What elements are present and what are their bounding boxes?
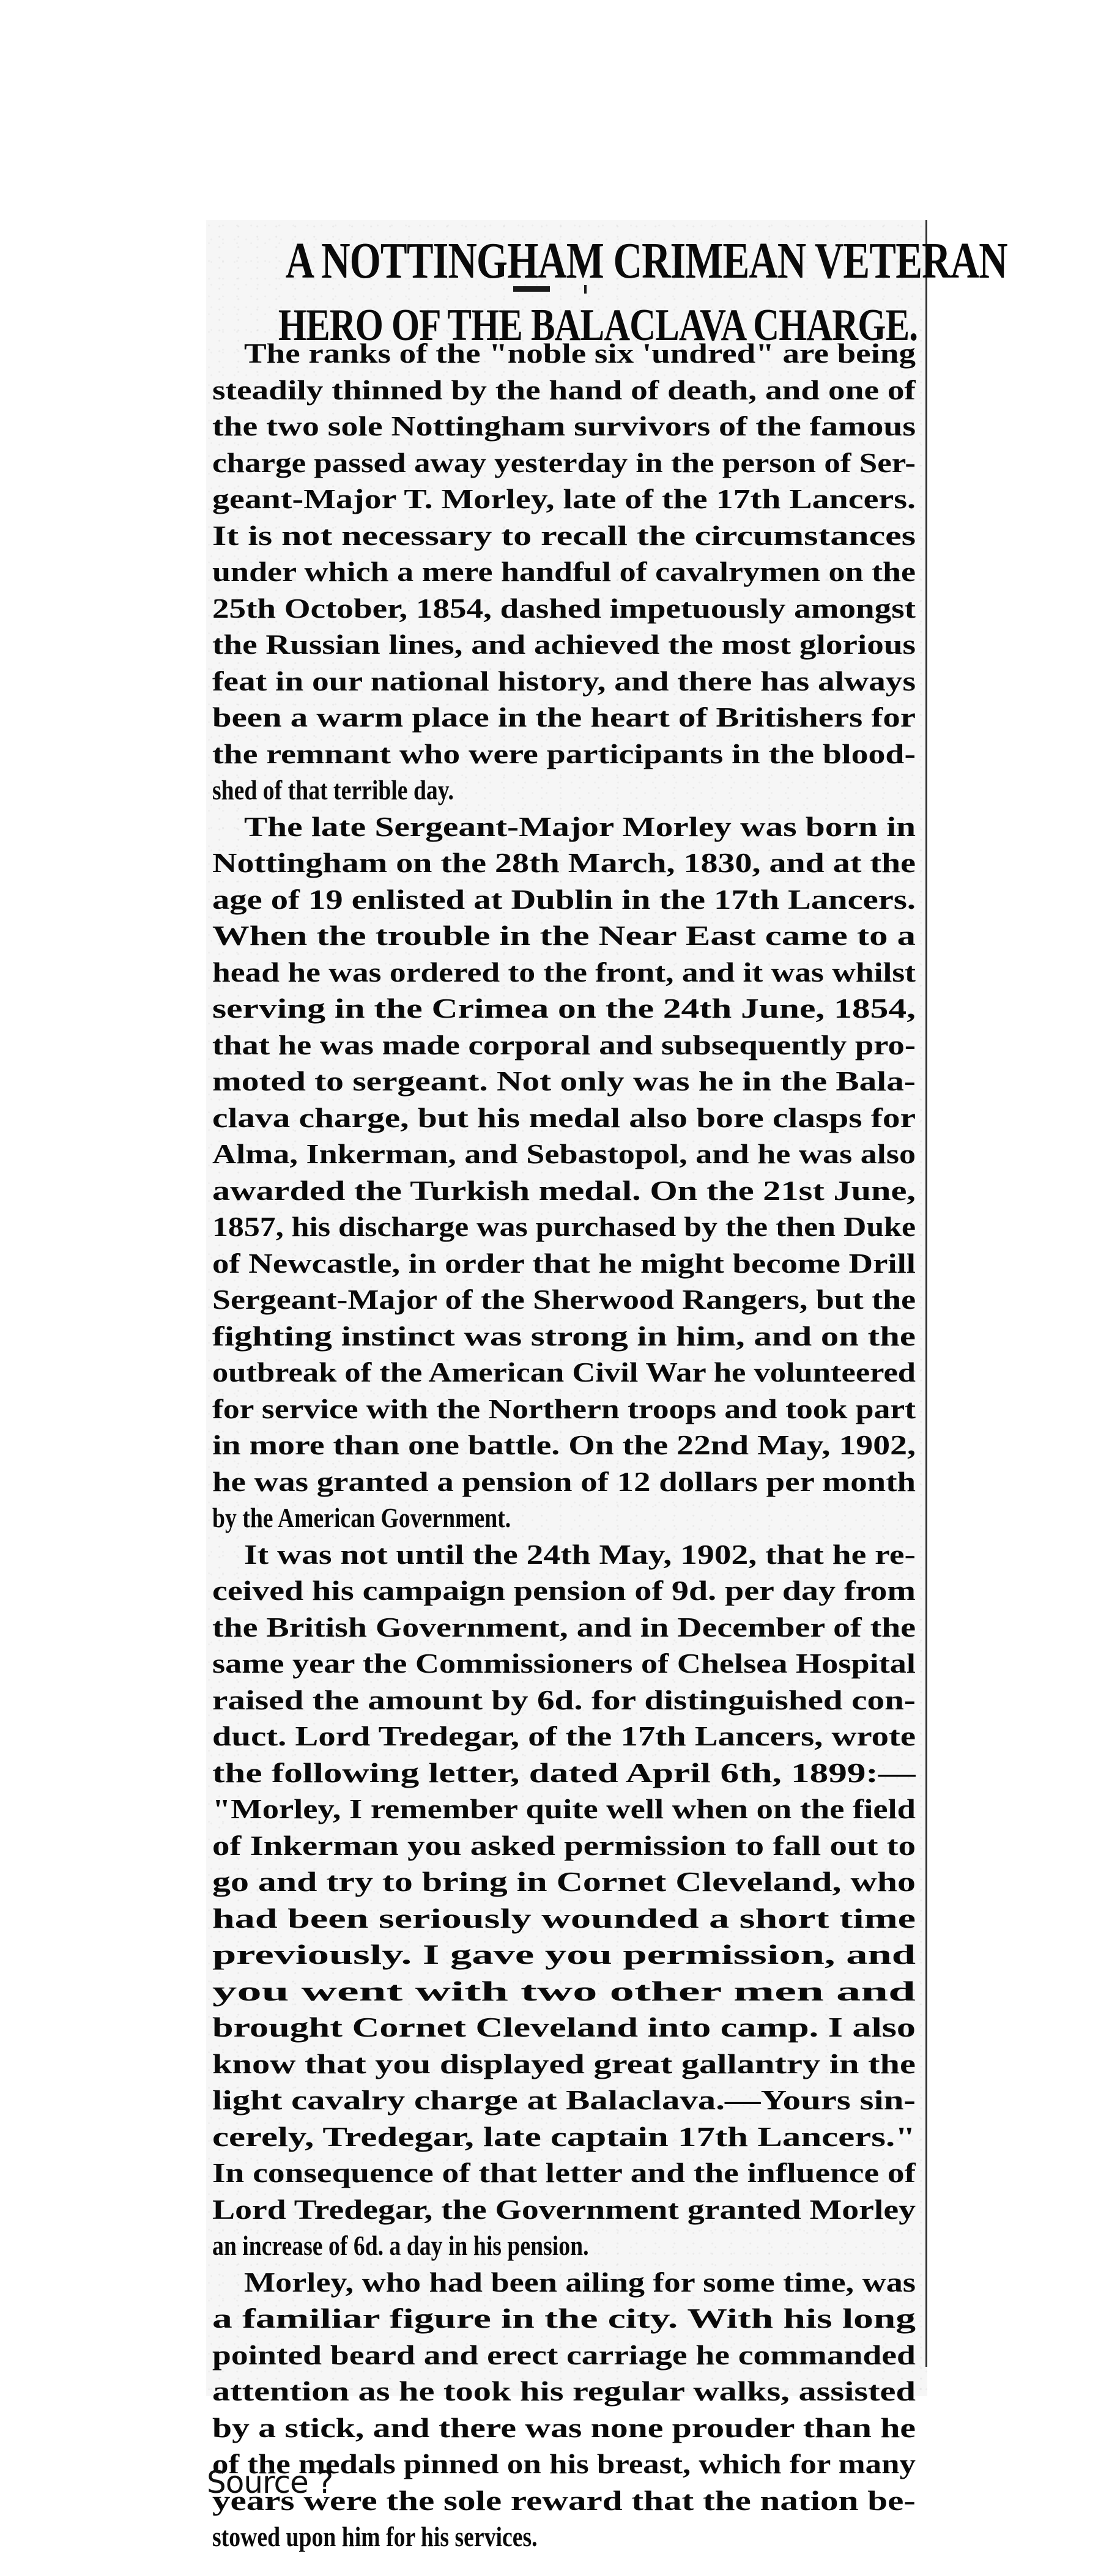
article-line: head he was ordered to the front, and it… <box>212 954 916 991</box>
column-rule <box>925 220 927 2367</box>
article-line: charge passed away yesterday in the pers… <box>212 445 916 481</box>
article-line: light cavalry charge at Balaclava.—Yours… <box>212 2082 916 2119</box>
article-line: attention as he took his regular walks, … <box>212 2373 916 2410</box>
article-line: feat in our national history, and there … <box>212 663 916 700</box>
article-paragraph: Morley, who had been ailing for some tim… <box>212 2264 916 2555</box>
article-line: ceived his campaign pension of 9d. per d… <box>212 1572 916 1609</box>
article-line: the remnant who were participants in the… <box>212 736 916 772</box>
article-line: cerely, Tredegar, late captain 17th Lanc… <box>212 2119 916 2155</box>
article-line: an increase of 6d. a day in his pension. <box>212 2227 916 2264</box>
article-line: had been seriously wounded a short time <box>212 1900 916 1937</box>
article-line: the Russian lines, and achieved the most… <box>212 626 916 663</box>
article-body: The ranks of the "noble six 'undred" are… <box>212 335 916 2555</box>
article-line: The ranks of the "noble six 'undred" are… <box>212 335 916 372</box>
article-line: moted to sergeant. Not only was he in th… <box>212 1063 916 1100</box>
article-line: under which a mere handful of cavalrymen… <box>212 553 916 590</box>
article-line: been a warm place in the heart of Britis… <box>212 699 916 736</box>
article-line: Nottingham on the 28th March, 1830, and … <box>212 845 916 881</box>
article-line: the two sole Nottingham survivors of the… <box>212 408 916 445</box>
article-paragraph: The late Sergeant-Major Morley was born … <box>212 809 916 1536</box>
article-line: for service with the Northern troops and… <box>212 1391 916 1427</box>
source-caption: Source ? <box>207 2465 333 2500</box>
article-line: same year the Commissioners of Chelsea H… <box>212 1645 916 1682</box>
article-paragraph: It was not until the 24th May, 1902, tha… <box>212 1536 916 2264</box>
article-line: The late Sergeant-Major Morley was born … <box>212 809 916 845</box>
article-line: stowed upon him for his services. <box>212 2519 916 2555</box>
article-line: Morley, who had been ailing for some tim… <box>212 2264 916 2301</box>
article-line: It was not until the 24th May, 1902, tha… <box>212 1536 916 1573</box>
article-line: Alma, Inkerman, and Sebastopol, and he w… <box>212 1136 916 1172</box>
headline: A NOTTINGHAM CRIMEAN VETERAN <box>286 234 848 289</box>
article-line: a familiar figure in the city. With his … <box>212 2300 916 2337</box>
article-line: When the trouble in the Near East came t… <box>212 917 916 954</box>
article-line: outbreak of the American Civil War he vo… <box>212 1354 916 1391</box>
article-line: In consequence of that letter and the in… <box>212 2155 916 2191</box>
article-line: duct. Lord Tredegar, of the 17th Lancers… <box>212 1718 916 1755</box>
article-line: previously. I gave you permission, and <box>212 1936 916 1973</box>
article-line: "Morley, I remember quite well when on t… <box>212 1791 916 1827</box>
article-line: It is not necessary to recall the circum… <box>212 517 916 554</box>
article-line: 25th October, 1854, dashed impetuously a… <box>212 590 916 627</box>
article-line: by the American Government. <box>212 1500 916 1536</box>
article-line: he was granted a pension of 12 dollars p… <box>212 1464 916 1500</box>
article-paragraph: The ranks of the "noble six 'undred" are… <box>212 335 916 809</box>
article-line: awarded the Turkish medal. On the 21st J… <box>212 1172 916 1209</box>
article-line: geant-Major T. Morley, late of the 17th … <box>212 481 916 517</box>
article-line: the following letter, dated April 6th, 1… <box>212 1755 916 1791</box>
ornament-mark <box>584 285 587 294</box>
article-line: the British Government, and in December … <box>212 1609 916 1646</box>
article-line: by a stick, and there was none prouder t… <box>212 2410 916 2446</box>
article-line: raised the amount by 6d. for distinguish… <box>212 1682 916 1719</box>
article-line: you went with two other men and <box>212 1973 916 2010</box>
article-line: age of 19 enlisted at Dublin in the 17th… <box>212 881 916 918</box>
article-line: brought Cornet Cleveland into camp. I al… <box>212 2009 916 2046</box>
article-line: pointed beard and erect carriage he comm… <box>212 2337 916 2374</box>
article-line: shed of that terrible day. <box>212 772 916 809</box>
newspaper-clipping: A NOTTINGHAM CRIMEAN VETERAN HERO OF THE… <box>206 220 927 2396</box>
article-line: know that you displayed great gallantry … <box>212 2046 916 2082</box>
article-line: that he was made corporal and subsequent… <box>212 1027 916 1064</box>
ornament-rule <box>513 286 550 292</box>
article-line: Lord Tredegar, the Government granted Mo… <box>212 2191 916 2228</box>
article-line: serving in the Crimea on the 24th June, … <box>212 990 916 1027</box>
article-line: 1857, his discharge was purchased by the… <box>212 1208 916 1245</box>
article-line: of Inkerman you asked permission to fall… <box>212 1827 916 1864</box>
article-line: fighting instinct was strong in him, and… <box>212 1318 916 1355</box>
article-line: Sergeant-Major of the Sherwood Rangers, … <box>212 1281 916 1318</box>
article-line: in more than one battle. On the 22nd May… <box>212 1427 916 1464</box>
article-line: of Newcastle, in order that he might bec… <box>212 1245 916 1282</box>
article-line: go and try to bring in Cornet Cleveland,… <box>212 1864 916 1900</box>
article-line: clava charge, but his medal also bore cl… <box>212 1100 916 1136</box>
article-line: steadily thinned by the hand of death, a… <box>212 372 916 409</box>
